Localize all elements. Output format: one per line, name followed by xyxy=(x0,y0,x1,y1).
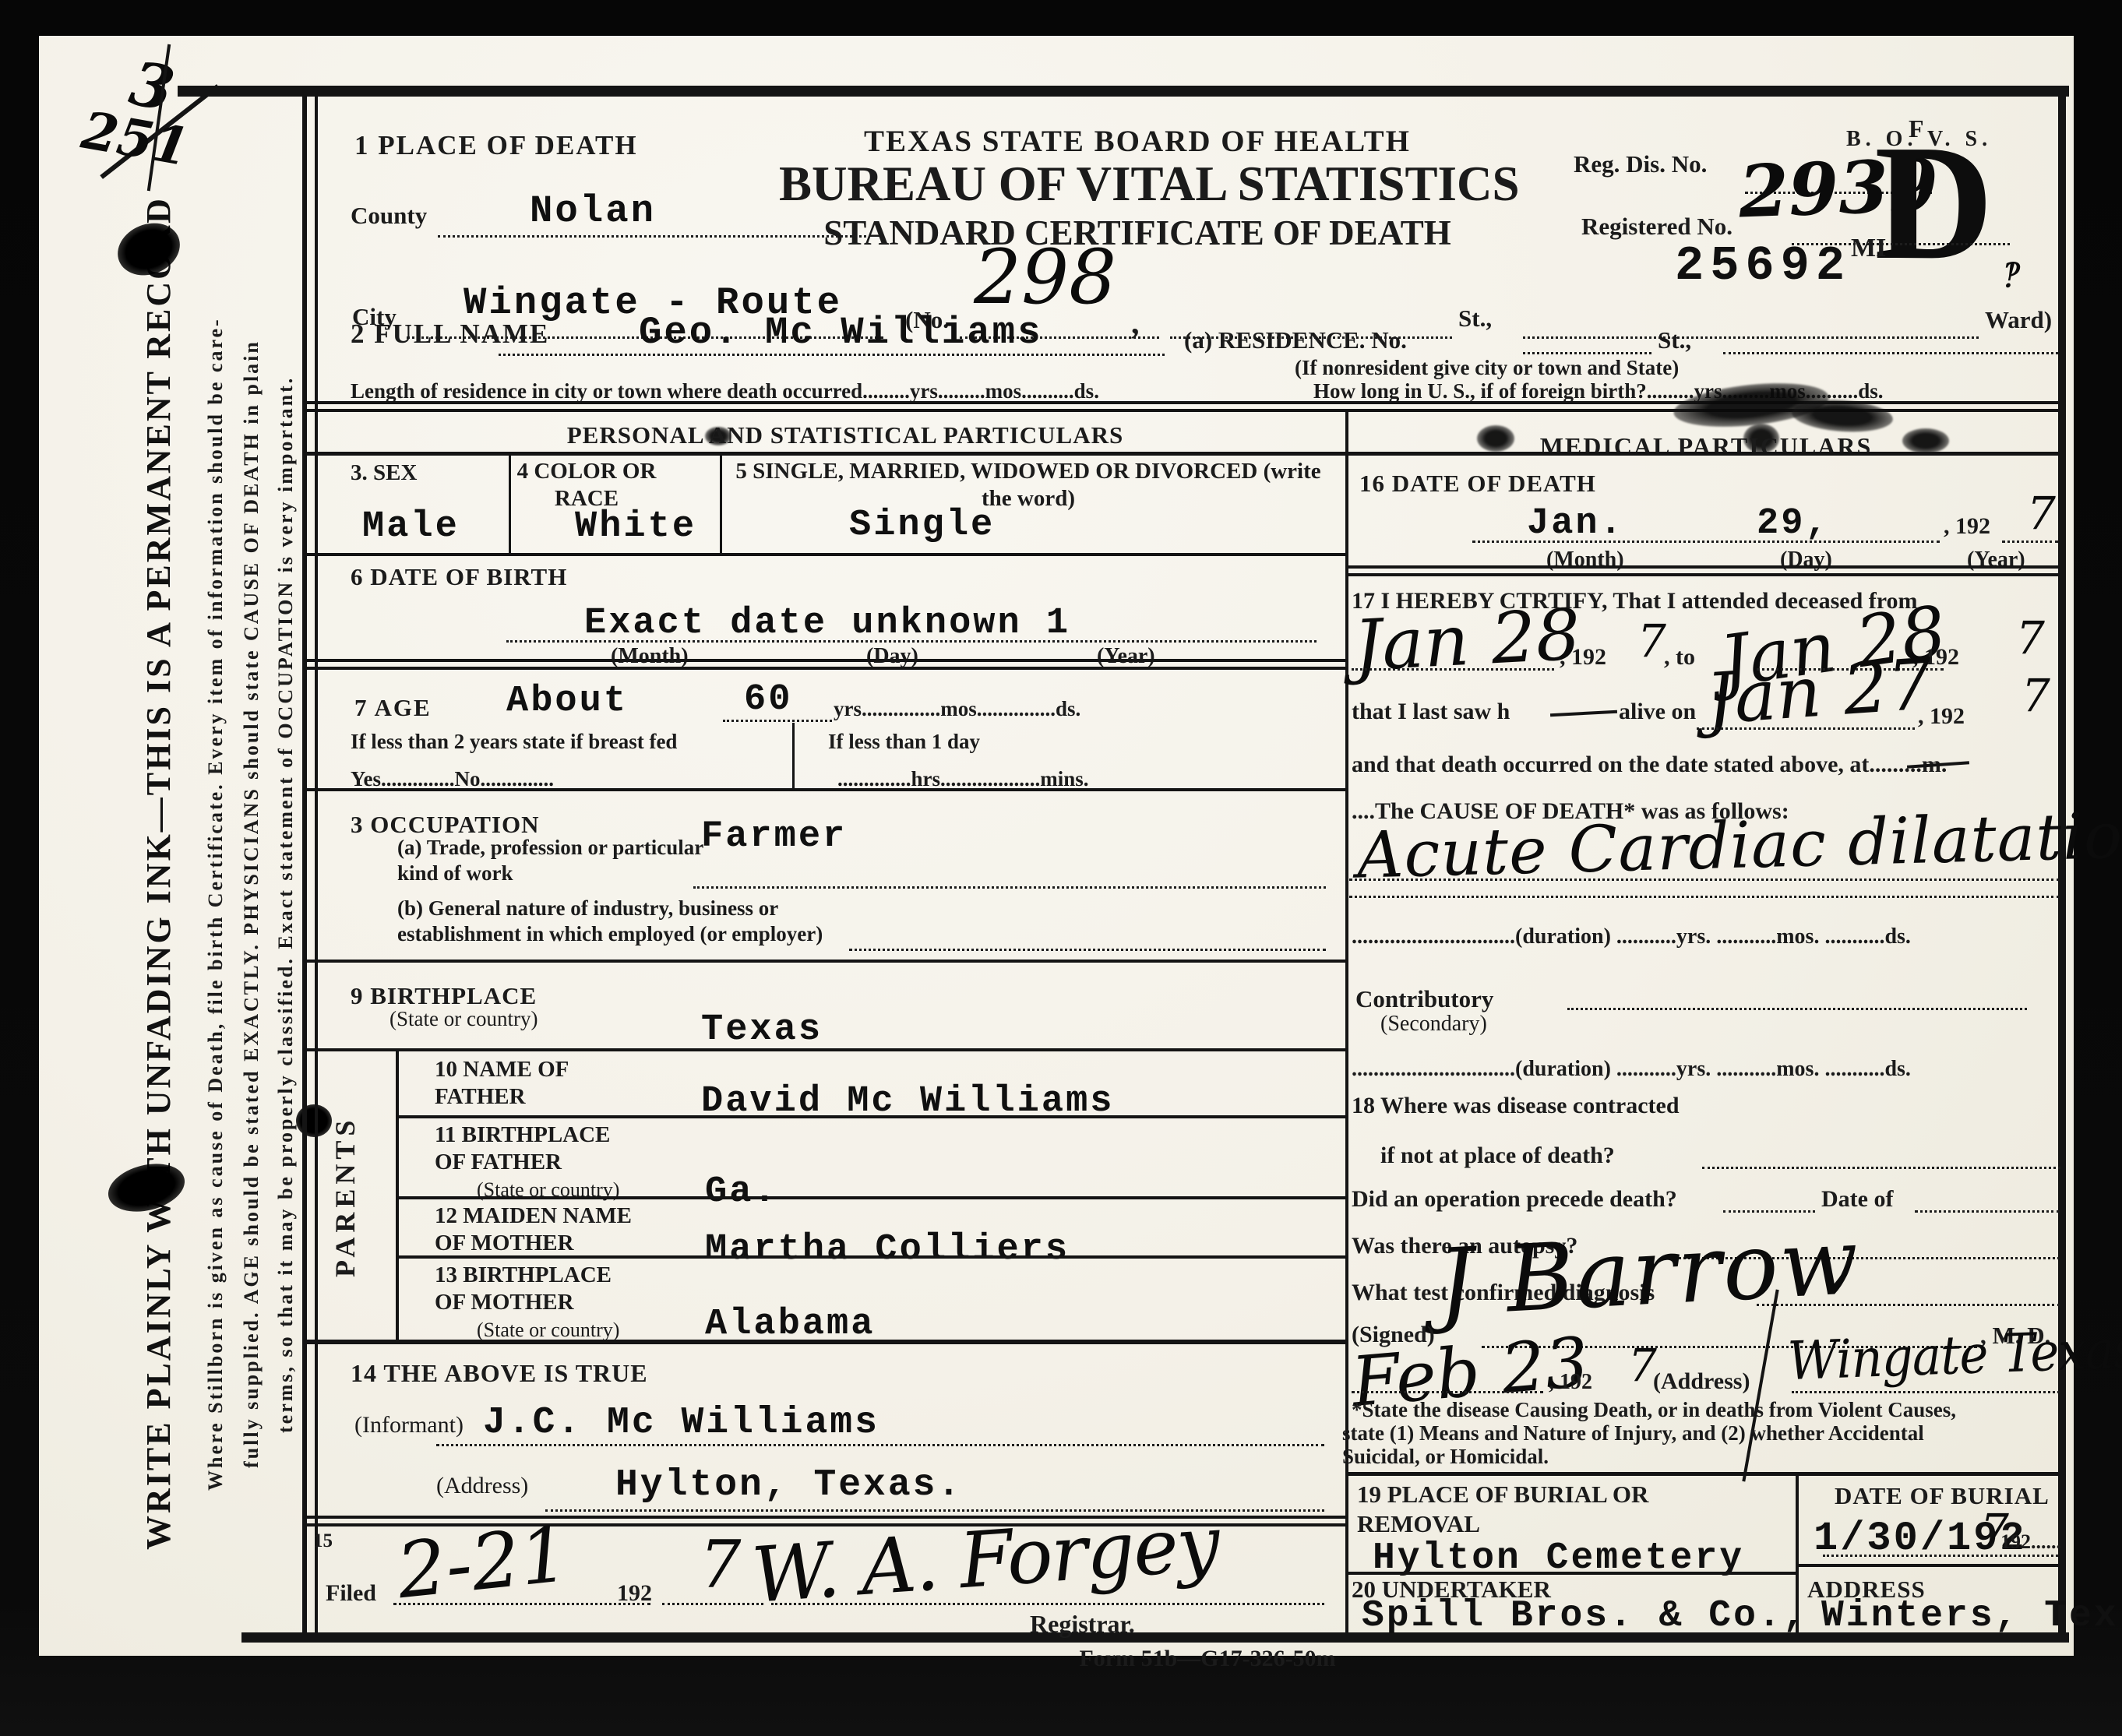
dotted-leader xyxy=(693,886,1326,889)
signature-address-label: (Address) xyxy=(1653,1368,1750,1396)
rule-line xyxy=(304,960,1345,963)
dotted-leader xyxy=(1567,1008,2027,1010)
residence-street-label: St., xyxy=(1658,326,1691,355)
physician-signature: J Barrow xyxy=(1435,1206,1863,1340)
dotted-leader xyxy=(1352,1391,1543,1393)
date-of-death-month: Jan. xyxy=(1527,502,1624,546)
violent-causes-note-2: state (1) Means and Nature of Injury, an… xyxy=(1342,1421,1924,1446)
from-year-printed: , 192 xyxy=(1560,643,1606,672)
form-left-border-inner xyxy=(315,86,318,1640)
last-saw-year-hand: 7 xyxy=(2022,668,2050,724)
contributory-label: Contributory xyxy=(1355,984,1493,1014)
rule-line xyxy=(1348,1472,2066,1476)
standard-title: STANDARD CERTIFICATE OF DEATH xyxy=(802,212,1472,255)
duration-line-1: ..............................(duration)… xyxy=(1352,924,1911,950)
sex-label: 3. SEX xyxy=(351,460,417,487)
parents-label: PARENTS xyxy=(329,1064,361,1329)
sex-value: Male xyxy=(362,505,460,549)
form-number: Form 51b—G17-326-50m xyxy=(966,1645,1449,1674)
street-label: St., xyxy=(1458,304,1492,333)
last-saw-pre: that I last saw h xyxy=(1352,698,1510,727)
date-of-death-day: 29, xyxy=(1757,502,1830,546)
ink-blot xyxy=(296,1104,332,1137)
medical-section-title: MEDICAL PARTICULARS xyxy=(1480,431,1932,462)
q18b-label: if not at place of death? xyxy=(1380,1142,1615,1171)
scanned-death-certificate: 3 251 WRITE PLAINLY WITH UNFADING INK—TH… xyxy=(0,0,2122,1736)
margin-warning-text: WRITE PLAINLY WITH UNFADING INK—THIS IS … xyxy=(139,184,178,1562)
dotted-leader xyxy=(849,949,1326,951)
informant-address-label: (Address) xyxy=(436,1472,528,1501)
place-of-death-label: 1 PLACE OF DEATH xyxy=(354,129,638,163)
operation-label: Did an operation precede death? xyxy=(1352,1185,1677,1214)
father-birthplace-label: 11 BIRTHPLACE OF FATHER xyxy=(435,1122,637,1177)
registration-stamp-mi: MI xyxy=(1851,232,1886,264)
above-is-true-label: 14 THE ABOVE IS TRUE xyxy=(351,1358,648,1389)
to-year-hand: 7 xyxy=(2016,611,2045,666)
ward-mark: ‽ xyxy=(2002,255,2021,298)
violent-causes-note-3: Suicidal, or Homicidal. xyxy=(1342,1444,1549,1470)
cell-divider xyxy=(720,452,722,555)
mother-name-value: Martha Colliers xyxy=(705,1227,1070,1272)
rule-line xyxy=(304,1048,1345,1051)
last-saw-year-printed: , 192 xyxy=(1918,702,1965,731)
mother-birthplace-label: 13 BIRTHPLACE OF MOTHER xyxy=(435,1262,637,1317)
registered-no-value: 25692 xyxy=(1675,237,1851,296)
rule-line xyxy=(396,1255,1345,1259)
certificate-paper: 3 251 WRITE PLAINLY WITH UNFADING INK—TH… xyxy=(39,36,2074,1656)
full-name-label: 2 FULL NAME xyxy=(351,318,549,351)
mother-birthplace-sub: (State or country) xyxy=(477,1318,619,1343)
undertaker-address-value: Winters, Tex. xyxy=(1821,1593,2122,1639)
dotted-leader xyxy=(1472,541,1940,543)
rule-line xyxy=(304,452,2066,456)
to-label: , to xyxy=(1664,643,1695,672)
personal-section-title: PERSONAL AND STATISTICAL PARTICULARS xyxy=(351,421,1340,450)
burial-date-label: DATE OF BURIAL xyxy=(1835,1481,2050,1511)
violent-causes-note-1: *State the disease Causing Death, or in … xyxy=(1352,1397,1956,1423)
rule-line xyxy=(304,659,1345,662)
rule-line xyxy=(1348,565,2066,569)
birthplace-value: Texas xyxy=(701,1008,823,1052)
dotted-leader xyxy=(1697,727,1915,730)
breast-fed-label: If less than 2 years state if breast fed xyxy=(351,729,677,755)
filed-year-hand: 7 xyxy=(700,1525,741,1604)
duration-line-2: ..............................(duration)… xyxy=(1352,1056,1911,1083)
rule-line xyxy=(304,788,1345,791)
dotted-leader xyxy=(438,235,866,238)
age-value-number: 60 xyxy=(744,678,792,722)
from-year-hand: 7 xyxy=(1637,614,1666,669)
attended-from-date: Jan 28 xyxy=(1352,592,1582,689)
last-saw-post: alive on xyxy=(1619,698,1696,727)
county-label: County xyxy=(351,201,427,231)
reg-dis-label: Reg. Dis. No. xyxy=(1574,150,1707,179)
date-of-death-year-hand: 7 xyxy=(2027,486,2056,541)
length-residence-line: Length of residence in city or town wher… xyxy=(351,379,1099,404)
dotted-leader xyxy=(1352,668,1554,671)
rule-line xyxy=(396,1115,1345,1118)
birthplace-sub-label: (State or country) xyxy=(390,1006,538,1032)
rule-line xyxy=(1796,1564,2066,1567)
dotted-leader xyxy=(1792,1391,2060,1393)
signature-year-printed: , 192 xyxy=(1549,1369,1592,1396)
county-value: Nolan xyxy=(530,188,656,235)
informant-label: (Informant) xyxy=(354,1411,464,1440)
form-top-border xyxy=(178,86,2069,97)
mother-name-label: 12 MAIDEN NAME OF MOTHER xyxy=(435,1203,653,1258)
signature-address-value: Wingate Texas xyxy=(1787,1318,2122,1395)
age-units: yrs...............mos...............ds. xyxy=(834,696,1080,722)
form-left-border-outer xyxy=(302,86,307,1640)
filed-label: Filed xyxy=(326,1579,376,1608)
full-name-value: Geo. Mc Williams xyxy=(639,310,1042,357)
age-value-word: About xyxy=(506,679,628,724)
registration-stamp-f: F xyxy=(1909,114,1924,144)
cell-divider xyxy=(509,452,511,555)
nonresident-note: (If nonresident give city or town and St… xyxy=(1295,355,1679,381)
father-name-label: 10 NAME OF FATHER xyxy=(435,1056,622,1111)
dotted-leader xyxy=(1349,879,2060,881)
bureau-title: BUREAU OF VITAL STATISTICS xyxy=(779,154,1496,214)
less-than-day-label: If less than 1 day xyxy=(828,729,980,755)
registrar-label: Registrar. xyxy=(1030,1609,1135,1639)
pen-dash xyxy=(1550,710,1617,717)
item-15-label: 15 xyxy=(313,1530,333,1554)
filed-year-printed: 192 xyxy=(617,1579,652,1608)
secondary-label: (Secondary) xyxy=(1380,1011,1487,1037)
date-of-birth-label: 6 DATE OF BIRTH xyxy=(351,562,567,592)
margin-instruction-line-2: fully supplied. AGE should be stated EXA… xyxy=(240,114,263,1695)
marital-label: 5 SINGLE, MARRIED, WIDOWED OR DIVORCED (… xyxy=(732,458,1324,513)
dotted-leader xyxy=(1823,1555,2058,1557)
archival-note-denominator: 251 xyxy=(77,99,194,179)
color-race-value: White xyxy=(575,505,696,549)
death-occurred-line: and that death occurred on the date stat… xyxy=(1352,751,1947,780)
age-label: 7 AGE xyxy=(354,693,432,723)
parents-inner-border xyxy=(396,1048,399,1341)
marital-value: Single xyxy=(849,503,995,548)
dotted-leader xyxy=(771,1603,1324,1605)
rule-line xyxy=(304,1340,1345,1344)
informant-value: J.C. Mc Williams xyxy=(483,1400,879,1446)
dotted-leader xyxy=(1723,352,2058,354)
filed-date-value: 2-21 xyxy=(393,1509,573,1619)
registration-stamp-letter: D xyxy=(1874,120,1993,285)
rule-line xyxy=(396,1196,1345,1199)
occupation-a-label: (a) Trade, profession or particular kind… xyxy=(397,835,732,886)
date-of-death-label: 16 DATE OF DEATH xyxy=(1359,469,1596,498)
year-label: (Year) xyxy=(1967,547,2025,573)
dotted-leader xyxy=(1523,336,1979,339)
margin-instruction-line-3: terms, so that it may be properly classi… xyxy=(274,114,298,1695)
father-birthplace-value: Ga. xyxy=(705,1170,778,1214)
dotted-leader xyxy=(1702,1167,2060,1169)
dotted-leader xyxy=(1915,1210,2060,1213)
dotted-leader xyxy=(1349,896,2060,898)
burial-date-printed: 192...... xyxy=(2000,1530,2061,1555)
day-label: (Day) xyxy=(1780,547,1832,573)
q18-label: 18 Where was disease contracted xyxy=(1352,1092,1680,1121)
burial-place-label: 19 PLACE OF BURIAL OR REMOVAL xyxy=(1357,1480,1731,1539)
comma-mark: , xyxy=(1131,304,1140,343)
occupation-b-label: (b) General nature of industry, business… xyxy=(397,896,834,947)
date-of-death-year-printed: , 192 xyxy=(1944,512,1990,541)
dotted-leader xyxy=(506,640,1317,643)
residence-label: (a) RESIDENCE. No. xyxy=(1184,326,1407,355)
informant-address-value: Hylton, Texas. xyxy=(615,1463,962,1509)
month-label: (Month) xyxy=(1546,547,1624,573)
date-of-birth-value: Exact date unknown 1 xyxy=(584,601,1070,646)
margin-instruction-line-1: Where Stillborn is given as cause of Dea… xyxy=(204,114,227,1695)
rule-line xyxy=(304,667,1345,670)
rule-line xyxy=(1348,573,2066,576)
ward-label: Ward) xyxy=(1985,305,2052,335)
cell-divider xyxy=(792,723,795,788)
rule-line xyxy=(304,553,1345,556)
dotted-leader xyxy=(1523,352,1651,354)
undertaker-value: Spill Bros. & Co., xyxy=(1362,1593,1807,1639)
